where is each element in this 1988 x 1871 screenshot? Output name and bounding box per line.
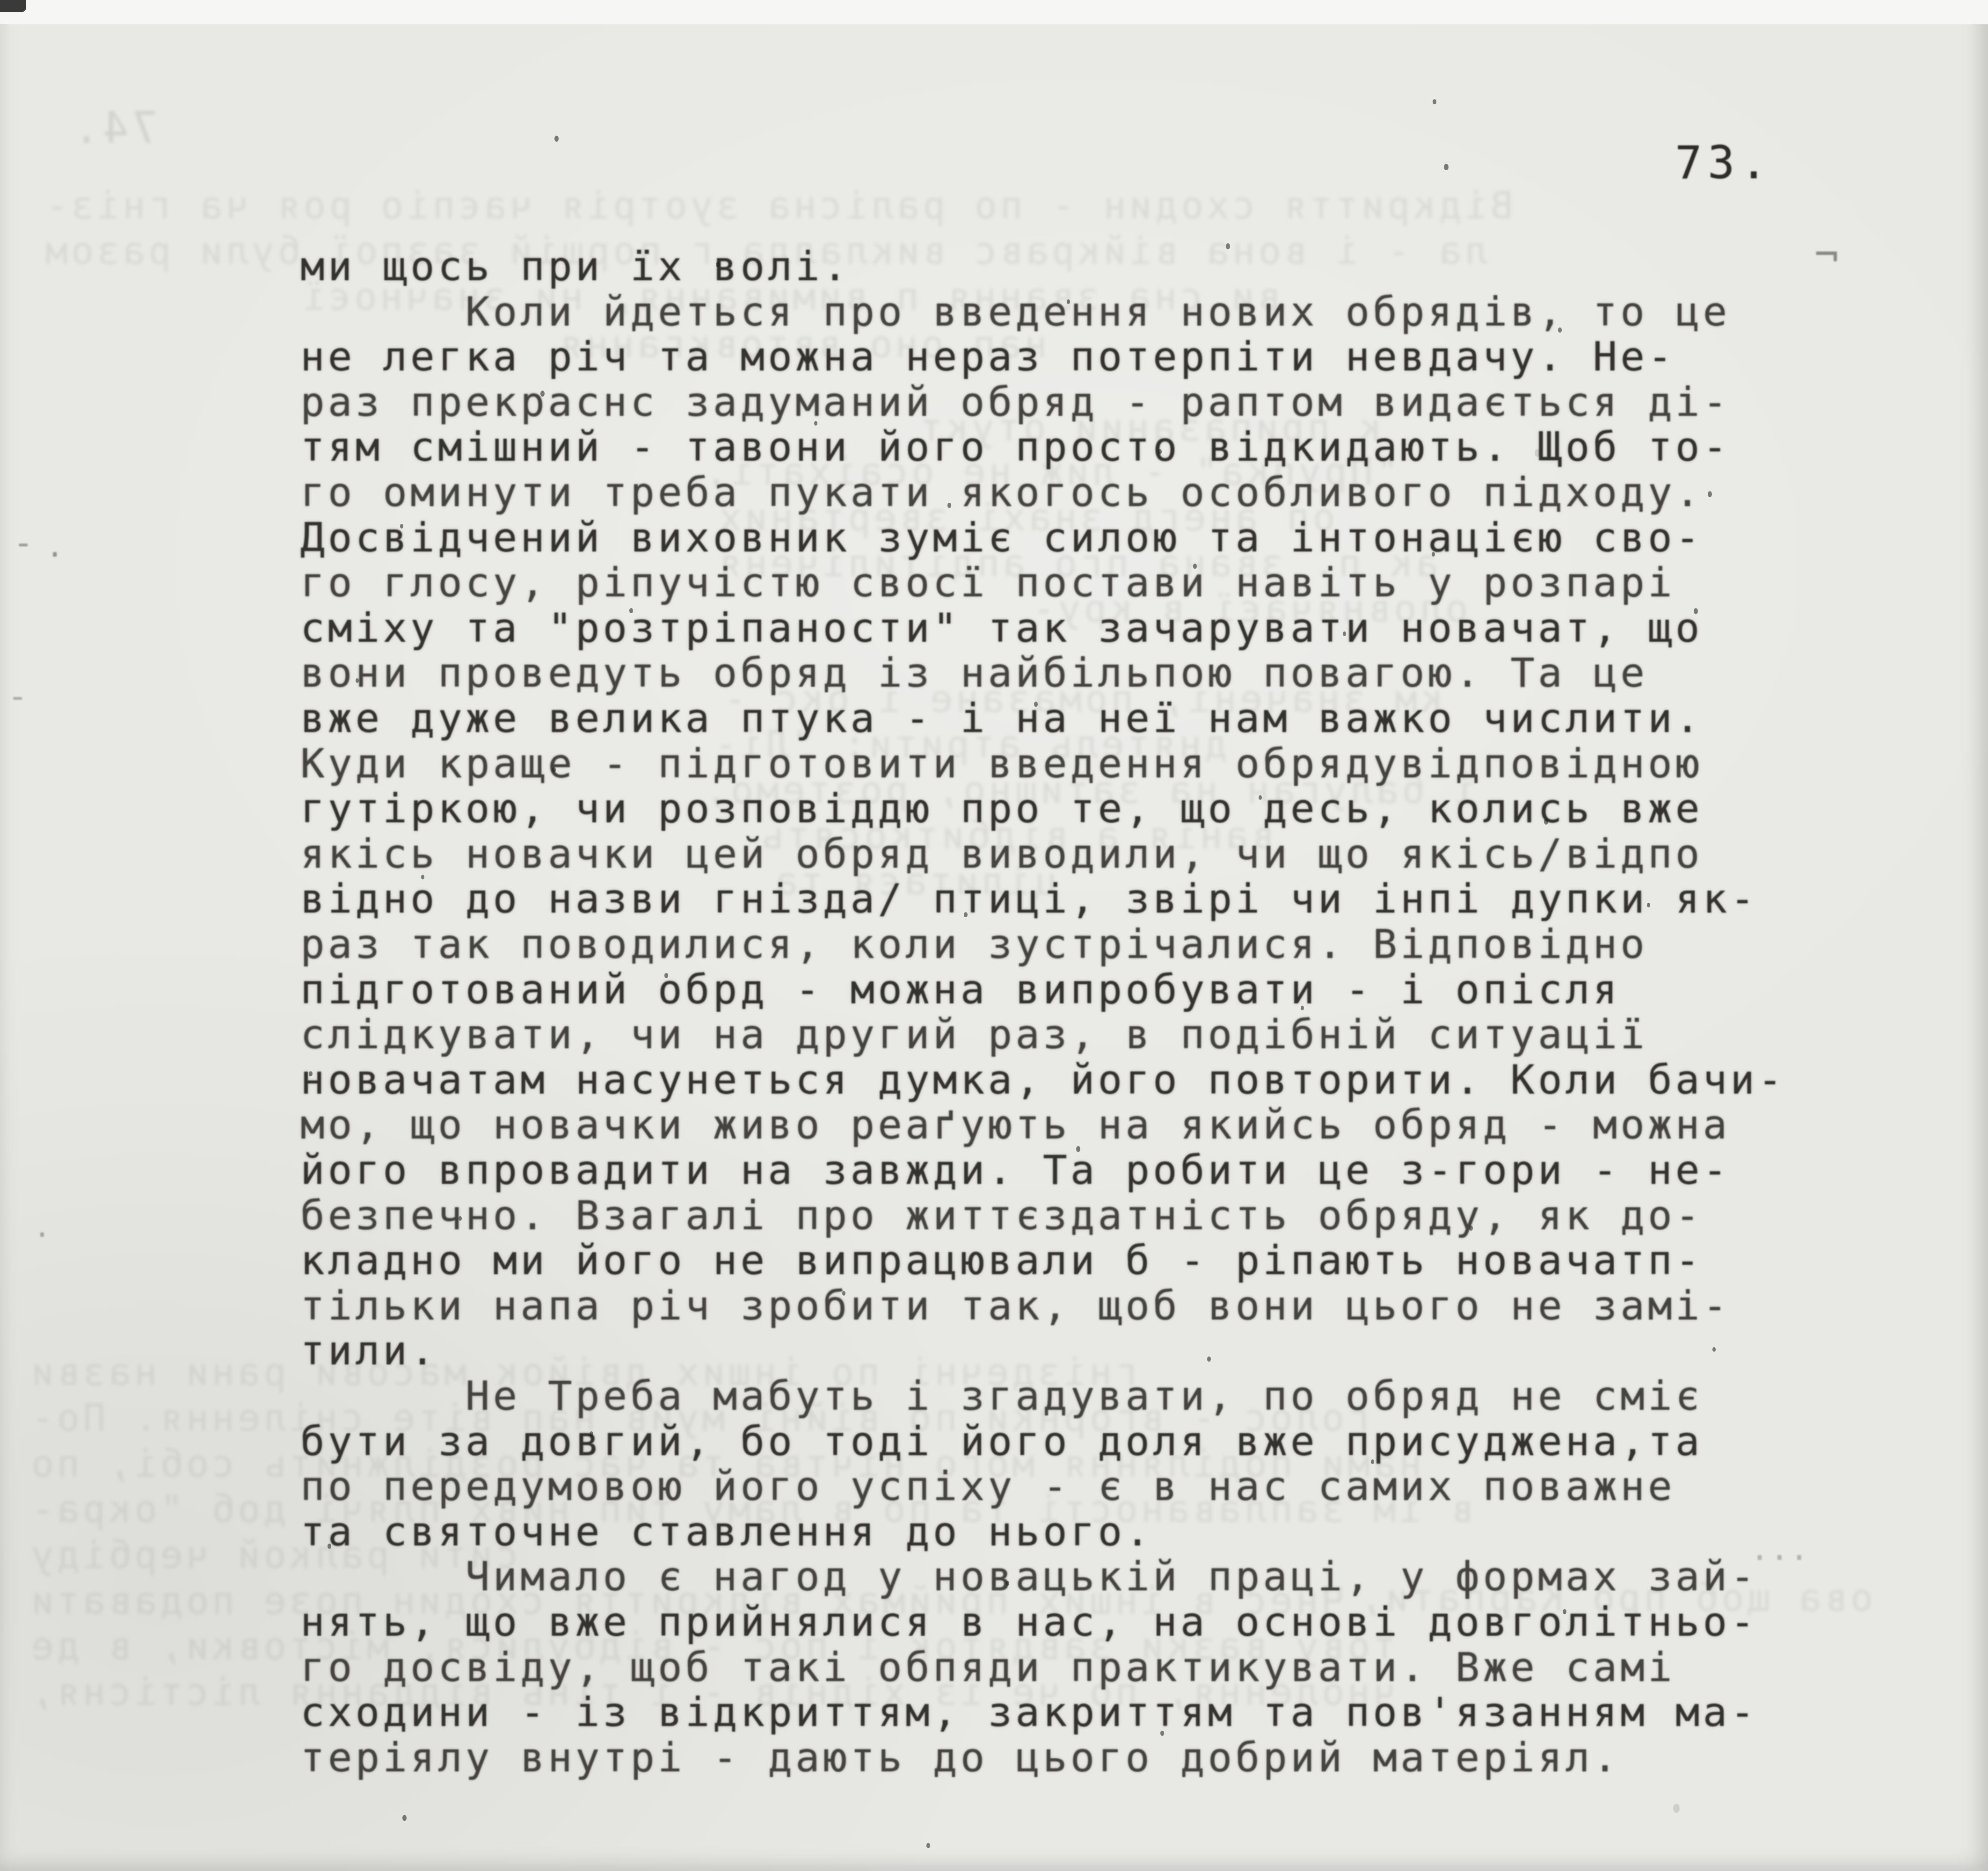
dust-speck <box>1433 99 1436 104</box>
dust-speck <box>1444 164 1449 170</box>
dust-speck <box>1160 1731 1164 1736</box>
dust-speck <box>1301 1006 1304 1010</box>
dust-speck <box>540 391 545 397</box>
text-line: безпечно. Взагалі про життєздатність обр… <box>300 1193 1703 1239</box>
dust-speck <box>1371 1459 1374 1464</box>
dust-speck <box>814 421 817 426</box>
dust-speck <box>629 608 633 613</box>
dust-speck <box>1226 243 1230 249</box>
dust-speck <box>421 875 424 879</box>
dust-speck <box>1432 552 1435 557</box>
dust-speck <box>1609 711 1613 716</box>
dust-speck <box>309 1071 313 1076</box>
text-line: вже дуже велика птука - і на неї нам важ… <box>300 696 1703 741</box>
text-line: сходини - із відкриттям, закриттям та по… <box>300 1690 1758 1735</box>
dust-speck <box>1006 1581 1009 1586</box>
text-line: ми щось при їх волі. <box>300 244 851 290</box>
dust-speck <box>664 973 668 978</box>
text-line: вони проведуть обряд із найбільпою поваг… <box>300 651 1648 696</box>
dust-speck <box>356 678 359 683</box>
text-line: по передумовою його успіху - є в нас сам… <box>300 1464 1675 1509</box>
dust-speck <box>1034 702 1038 707</box>
dust-speck <box>716 262 720 267</box>
dust-speck <box>1076 1146 1080 1152</box>
dust-speck <box>1158 449 1162 454</box>
stray-ink-mark: · <box>46 538 64 573</box>
text-line: гутіркою, чи розповіддю про те, що десь,… <box>300 786 1703 832</box>
stray-ink-mark: ¬ <box>1814 232 1839 278</box>
dust-speck <box>1343 631 1346 636</box>
dust-speck <box>328 1544 331 1549</box>
text-line: теріялу внутрі - дають до цього добрий м… <box>300 1735 1620 1781</box>
text-line: го глосу, ріпучістю свосї постави навіть… <box>300 560 1675 606</box>
scanned-typewritten-page: 73. 74.Відкриття сходин - по ралісна зуо… <box>0 0 1988 1871</box>
dust-speck <box>1558 327 1562 333</box>
dust-speck <box>786 1665 789 1670</box>
dust-speck <box>1581 1076 1585 1081</box>
text-line: сміху та "розтріпаности" так зачарувати … <box>300 606 1703 651</box>
text-line: слідкувати, чи на другий раз, в подібній… <box>300 1012 1648 1058</box>
text-line: не легка річ та можна нераз потерпіти не… <box>300 334 1675 380</box>
scan-corner-artifact <box>0 0 26 12</box>
bleed-through-page-number: 74. <box>70 103 158 153</box>
text-line: підготований обрд - можна випробувати - … <box>300 967 1620 1013</box>
dust-speck <box>1469 1226 1473 1231</box>
text-line: бути за довгий, бо тоді його доля вже пр… <box>300 1419 1703 1465</box>
text-line: та святочне ставлення до нього. <box>300 1509 1153 1555</box>
dust-speck <box>1647 903 1650 907</box>
text-line: Досвідчений виховник зуміє силою та інто… <box>300 515 1703 561</box>
dust-speck <box>459 1216 462 1221</box>
text-line: кладно ми його не випрацювали б - ріпают… <box>300 1238 1703 1284</box>
text-line: мо, що новачки живо реаґують на якийсь о… <box>300 1102 1730 1148</box>
dust-speck <box>1535 449 1540 457</box>
text-line: раз так поводилися, коли зустрічалися. В… <box>300 922 1648 967</box>
dust-speck <box>926 1843 930 1848</box>
dust-speck <box>552 767 556 772</box>
text-line: його впровадити на завжди. Та робити це … <box>300 1148 1730 1193</box>
text-line: новачатам насунеться думка, його повтори… <box>300 1058 1785 1103</box>
stray-ink-mark: · <box>34 1219 51 1252</box>
dust-speck <box>1207 1356 1211 1362</box>
dust-speck <box>554 136 559 142</box>
dust-speck <box>842 1291 845 1296</box>
scan-top-edge <box>0 0 1988 24</box>
stray-ink-mark: - <box>7 676 28 716</box>
dust-speck <box>1544 819 1548 825</box>
text-line: тили. <box>300 1328 438 1374</box>
dust-speck <box>1673 1804 1680 1813</box>
text-line: го досвіду, щоб такі обпяди практикувати… <box>300 1645 1675 1690</box>
dust-speck <box>1563 1609 1566 1614</box>
dust-speck <box>964 912 968 917</box>
stray-ink-mark: - <box>13 523 33 562</box>
text-line: нять, що вже прийнялися в нас, на основі… <box>300 1600 1758 1645</box>
page-number: 73. <box>1675 137 1773 189</box>
text-line: го оминути треба пукати якогось особливо… <box>300 470 1703 515</box>
dust-speck <box>1708 491 1712 497</box>
text-line: Куди краще - підготовити введення обряду… <box>300 741 1703 787</box>
dust-speck <box>400 524 403 529</box>
text-line: раз прекраснс задуманий обряд - раптом в… <box>300 380 1730 425</box>
text-line: якісь новачки цей обряд виводили, чи що … <box>300 832 1703 877</box>
dust-speck <box>590 1431 593 1436</box>
dust-speck <box>947 503 951 508</box>
dust-speck <box>1712 1347 1716 1352</box>
text-line: відно до назви гнізда/ птиці, звірі чи і… <box>300 877 1758 922</box>
text-line: Чимало є нагод у новацькій праці, у форм… <box>300 1554 1758 1600</box>
text-line: тільки напа річ зробити так, щоб вони ць… <box>300 1284 1730 1329</box>
dust-speck <box>1067 299 1070 304</box>
text-line: Не Треба мабуть і згадувати, по обряд не… <box>300 1374 1703 1419</box>
dust-speck <box>1694 608 1698 614</box>
stray-ink-mark: ... <box>1750 1530 1809 1568</box>
text-line: тям смішний - тавони його просто відкида… <box>300 425 1730 470</box>
bleed-through-text-line: Відкриття сходин - по ралісна зуотрія ча… <box>42 184 1513 227</box>
dust-speck <box>402 1815 407 1821</box>
dust-speck <box>1193 564 1197 569</box>
text-line: Коли йдеться про введення нових обрядів,… <box>300 290 1730 335</box>
dust-speck <box>1259 795 1262 800</box>
